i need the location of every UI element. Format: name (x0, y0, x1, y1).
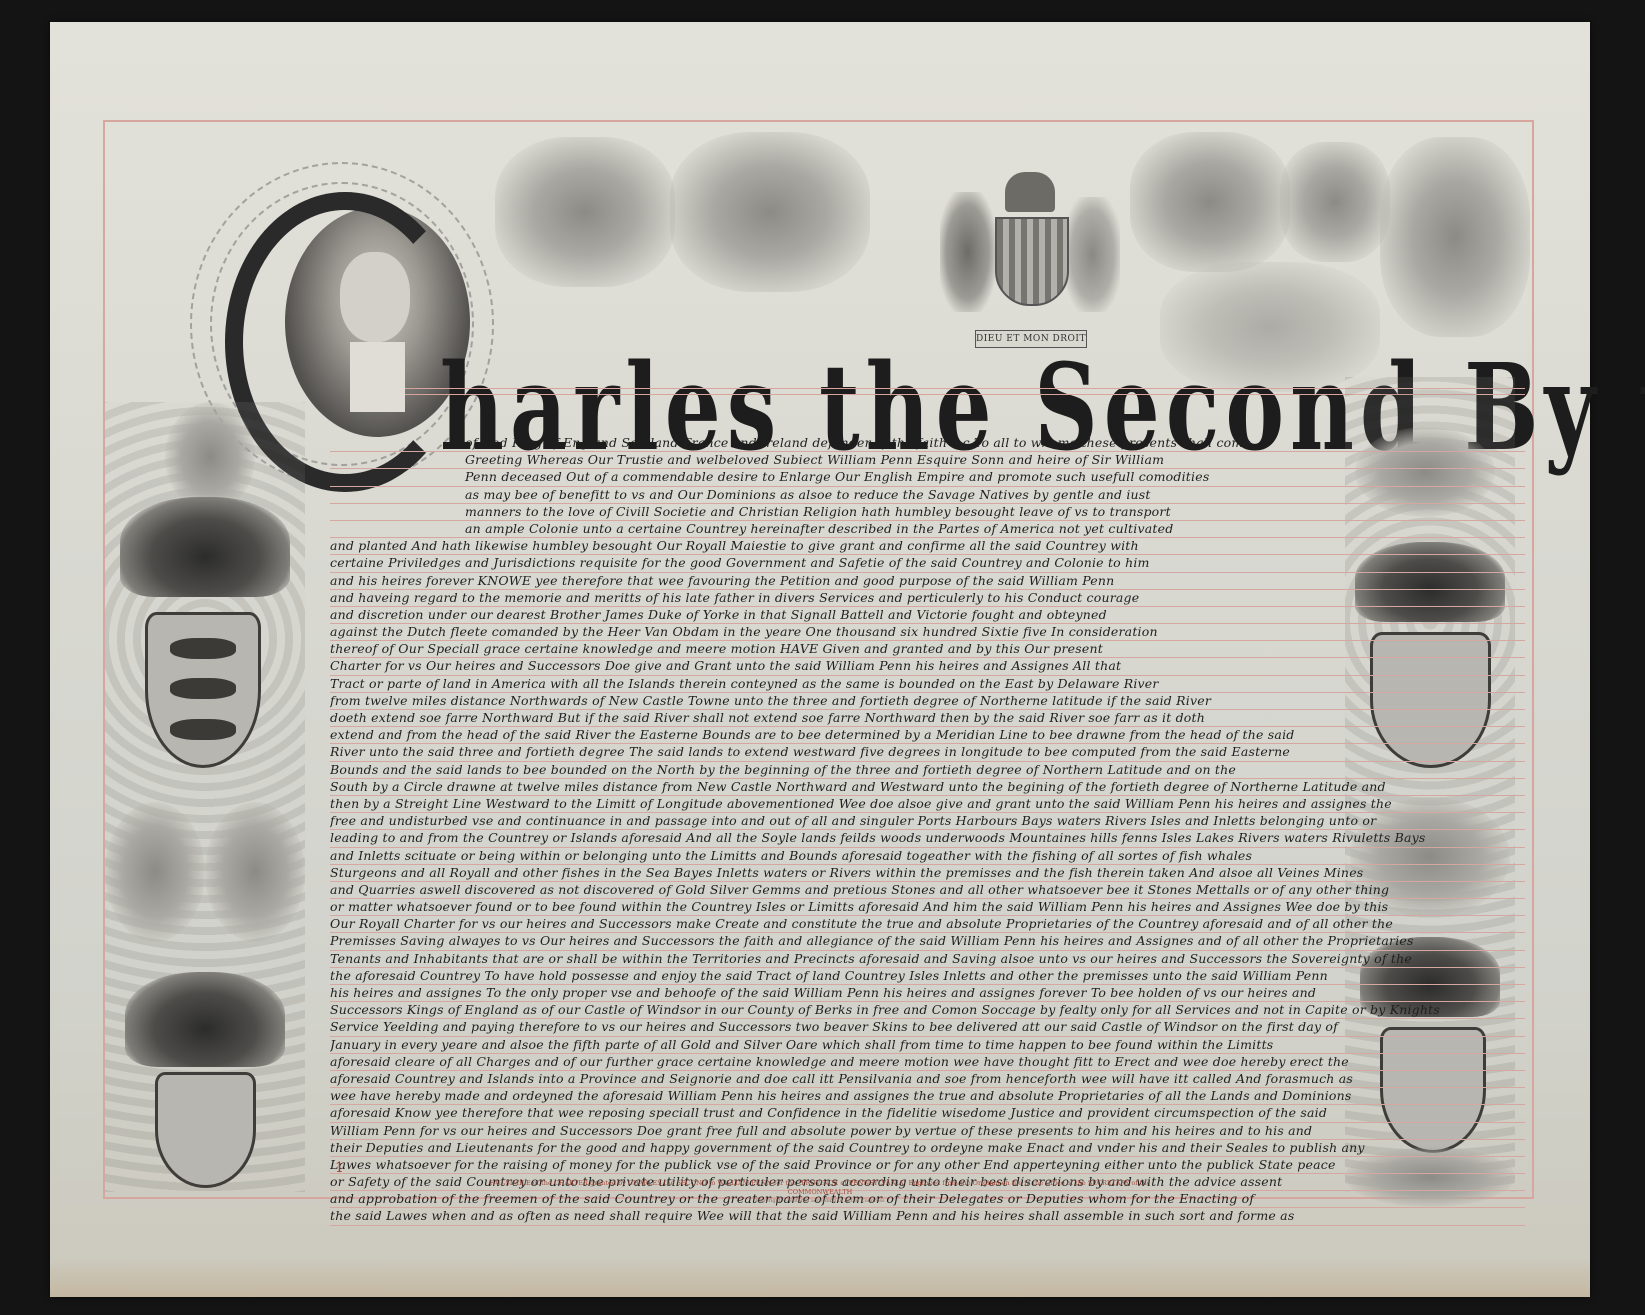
text-line: and Inletts scituate or being within or … (330, 848, 1525, 865)
text-line: or matter whatsoever found or to bee fou… (330, 899, 1525, 916)
text-line: extend and from the head of the said Riv… (330, 727, 1525, 744)
text-line: Charter for vs Our heires and Successors… (330, 658, 1525, 675)
text-line: Bounds and the said lands to bee bounded… (330, 762, 1525, 779)
text-line: their Deputies and Lieutenants for the g… (330, 1140, 1525, 1157)
text-line: thereof of Our Speciall grace certaine k… (330, 641, 1525, 658)
cherub-engraving-icon (495, 137, 675, 287)
shield-icon (995, 217, 1069, 306)
text-line: and his heires forever KNOWE yee therefo… (330, 573, 1525, 590)
text-line: the said Lawes when and as often as need… (330, 1208, 1525, 1225)
text-line: Lawes whatsoever for the raising of mone… (330, 1157, 1525, 1174)
text-line: then by a Streight Line Westward to the … (330, 796, 1525, 813)
scroll-engraving-icon (1130, 132, 1290, 272)
merman-engraving-icon (1380, 137, 1530, 337)
text-line: Tenants and Inhabitants that are or shal… (330, 951, 1525, 968)
caption-text: FAC-SIMILE of the CHARTER granted by CHA… (480, 1179, 1160, 1197)
text-line: January in every yeare and alsoe the fif… (330, 1037, 1525, 1054)
text-line: and Quarries aswell discovered as not di… (330, 882, 1525, 899)
parchment-sheet: DIEU ET MON DROIT harles the Second By t… (50, 22, 1590, 1297)
text-line: William Penn for vs our heires and Succe… (330, 1123, 1525, 1140)
text-line: and discretion under our dearest Brother… (330, 607, 1525, 624)
text-line: aforesaid Know yee therefore that wee re… (330, 1105, 1525, 1122)
charter-header: DIEU ET MON DROIT harles the Second By t… (150, 122, 1530, 422)
text-line: South by a Circle drawne at twelve miles… (330, 779, 1525, 796)
cherub-icon (205, 802, 305, 942)
text-line: River unto the said three and fortieth d… (330, 744, 1525, 761)
text-line: aforesaid cleare of all Charges and of o… (330, 1054, 1525, 1071)
charter-body: of God King of England Scotland France a… (330, 435, 1525, 1226)
text-line: Successors Kings of England as of our Ca… (330, 1002, 1525, 1019)
text-line: Tract or parte of land in America with a… (330, 676, 1525, 693)
crown-icon (1005, 172, 1055, 212)
text-line: as may bee of benefitt to vs and Our Dom… (330, 487, 1525, 504)
crown-icon (125, 972, 285, 1067)
griffin-engraving-icon (670, 132, 870, 292)
caption-subtext: Copyright — Entered according to Act of … (480, 1197, 1160, 1206)
lion-supporter-icon (940, 192, 995, 312)
crown-icon (120, 497, 290, 597)
cherub-icon (105, 802, 205, 942)
royal-coat-of-arms: DIEU ET MON DROIT (935, 142, 1125, 362)
text-line: manners to the love of Civill Societie a… (330, 504, 1525, 521)
text-line: Our Royall Charter for vs our heires and… (330, 916, 1525, 933)
unicorn-supporter-icon (1065, 197, 1120, 312)
text-line: doeth extend soe farre Northward But if … (330, 710, 1525, 727)
text-line: the aforesaid Countrey To have hold poss… (330, 968, 1525, 985)
text-line: Premisses Saving alwayes to vs Our heire… (330, 933, 1525, 950)
left-ornamental-panel (105, 402, 305, 1192)
text-line: leading to and from the Countrey or Isla… (330, 830, 1525, 847)
text-line: against the Dutch fleete comanded by the… (330, 624, 1525, 641)
text-line: aforesaid Countrey and Islands into a Pr… (330, 1071, 1525, 1088)
text-line: his heires and assignes To the only prop… (330, 985, 1525, 1002)
page-number: 1 (335, 1160, 344, 1176)
text-line: of God King of England Scotland France a… (330, 435, 1525, 452)
facsimile-caption: FAC-SIMILE of the CHARTER granted by CHA… (480, 1179, 1160, 1206)
france-shield-icon (155, 1072, 256, 1188)
cherub-engraving-icon (1280, 142, 1390, 262)
text-line: and planted And hath likewise humbley be… (330, 538, 1525, 555)
text-line: an ample Colonie unto a certaine Countre… (330, 521, 1525, 538)
text-line: free and undisturbed vse and continuance… (330, 813, 1525, 830)
text-line: Service Yeelding and paying therefore to… (330, 1019, 1525, 1036)
text-line: Sturgeons and all Royall and other fishe… (330, 865, 1525, 882)
text-line: and haveing regard to the memorie and me… (330, 590, 1525, 607)
text-line: Greeting Whereas Our Trustie and welbelo… (330, 452, 1525, 469)
text-line: wee have hereby made and ordeyned the af… (330, 1088, 1525, 1105)
text-line: certaine Priviledges and Jurisdictions r… (330, 555, 1525, 572)
text-line: Penn deceased Out of a commendable desir… (330, 469, 1525, 486)
text-line: from twelve miles distance Northwards of… (330, 693, 1525, 710)
cherub-icon (165, 402, 255, 512)
england-shield-icon (145, 612, 261, 768)
